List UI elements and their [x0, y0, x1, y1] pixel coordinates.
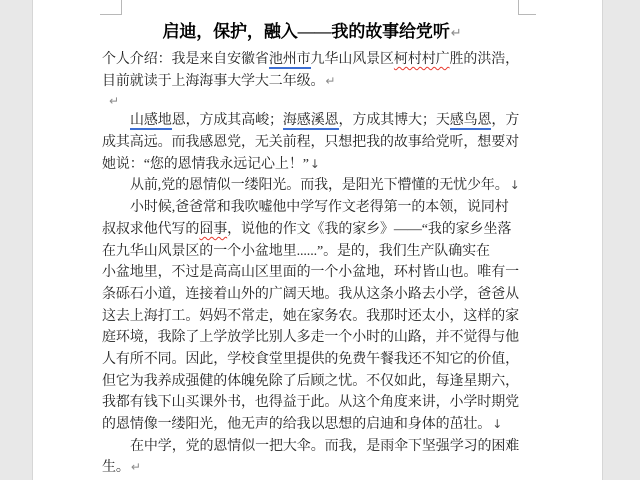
text-line[interactable]: 成其高远。而我感恩党，无关前程，只想把我的故事给党听，想要对	[102, 132, 522, 154]
text-area[interactable]: 启迪，保护，融入——我的故事给党听↵ 个人介绍：我是来自安徽省池州市九华山风景区…	[102, 19, 522, 479]
grammar-flagged-text: 山感地	[130, 113, 172, 130]
text-segment: 目前就读于上海海事大学大二年级。	[102, 74, 324, 89]
text-line[interactable]: 但它为我养成强健的体魄免除了后顾之忧。不仅如此，每逢星期六，	[102, 371, 522, 393]
text-line[interactable]: 人有所不同。因此，学校食堂里提供的免费午餐我还不知它的价值，	[102, 349, 522, 371]
text-line[interactable]: 庭环境，我除了上学放学比别人多走一个小时的山路，并不觉得与他	[102, 327, 522, 349]
text-segment: 的恩情像一缕阳光，他无声的给我以思想的启迪和身体的茁壮。	[102, 417, 491, 432]
grammar-flagged-text: 海感溪恩	[283, 113, 339, 130]
text-segment: 但它为我养成强健的体魄免除了后顾之忧。不仅如此，每逢星期六，	[102, 374, 519, 389]
text-segment: 叔叔求他代写的	[102, 222, 199, 237]
text-line[interactable]: 小时候,爸爸常和我吹嘘他中学写作文老得第一的本领，说同村	[102, 197, 522, 219]
text-boundary-crop-mark-right	[518, 0, 536, 15]
text-line[interactable]: 我都有钱下山买课外书，也得益于此。从这个角度来讲，小学时期党	[102, 392, 522, 414]
grammar-flagged-text: 感鸟恩	[450, 113, 492, 130]
title-text: 启迪，保护，融入——我的故事给党听	[162, 22, 449, 41]
text-line[interactable]: 目前就读于上海海事大学大二年级。↵	[102, 71, 522, 93]
line-break-mark-icon: ↓	[491, 417, 502, 431]
text-line[interactable]: 山感地恩，方成其高峻；海感溪恩，方成其博大；天感鸟恩，方	[102, 110, 522, 132]
text-line[interactable]: 叔叔求他代写的囧事，说他的作文《我的家乡》——“我的家乡坐落	[102, 219, 522, 241]
text-segment: 九华山风景区	[311, 52, 394, 67]
line-break-mark-icon: ↓	[309, 157, 320, 171]
text-segment: ，方成其博大；天	[339, 113, 450, 128]
text-segment: 从前,党的恩情似一缕阳光。而我，是阳光下懵懂的无忧少年。	[130, 178, 509, 193]
paragraph-mark-icon: ↵	[324, 74, 335, 88]
text-line[interactable]: 生。↵	[102, 457, 522, 479]
text-segment: 成其高远。而我感恩党，无关前程，只想把我的故事给党听，想要对	[102, 135, 519, 150]
text-line[interactable]: 从前,党的恩情似一缕阳光。而我，是阳光下懵懂的无忧少年。↓	[102, 175, 522, 197]
text-segment: 庭环境，我除了上学放学比别人多走一个小时的山路，并不觉得与他	[102, 330, 519, 345]
text-line[interactable]: 个人介绍：我是来自安徽省池州市九华山风景区柯村村广胜的洪浩，	[102, 49, 522, 71]
word-canvas: 启迪，保护，融入——我的故事给党听↵ 个人介绍：我是来自安徽省池州市九华山风景区…	[0, 0, 640, 480]
text-segment: 她说：“您的恩情我永远记心上！”	[102, 157, 309, 172]
text-segment: 这去上海打工。妈妈不常走，她在家务农。我那时还太小，这样的家	[102, 309, 519, 324]
text-segment: 小时候,爸爸常和我吹嘘他中学写作文老得第一的本领，说同村	[130, 200, 509, 215]
text-line[interactable]: 这去上海打工。妈妈不常走，她在家务农。我那时还太小，这样的家	[102, 306, 522, 328]
text-segment: 恩，方成其高峻；	[172, 113, 283, 128]
text-line[interactable]: 在中学，党的恩情似一把大伞。而我，是雨伞下坚强学习的困难	[102, 436, 522, 458]
text-line[interactable]: 的恩情像一缕阳光，他无声的给我以思想的启迪和身体的茁壮。↓	[102, 414, 522, 436]
document-title[interactable]: 启迪，保护，融入——我的故事给党听↵	[102, 19, 522, 45]
text-segment: 我都有钱下山买课外书，也得益于此。从这个角度来讲，小学时期党	[102, 395, 519, 410]
text-segment: 胜的洪浩，	[450, 52, 520, 67]
text-segment: 生。	[102, 460, 130, 475]
text-segment: 条砾石小道，连接着山外的广阔天地。我从这条小路去小学，爸爸从	[102, 287, 519, 302]
spellcheck-flagged-text: 柯村村广	[394, 52, 450, 67]
paragraph-mark-icon: ↵	[108, 94, 119, 108]
empty-line[interactable]: ↵	[102, 92, 522, 110]
text-segment: 个人介绍：我是来自安徽省	[102, 52, 269, 67]
text-segment: ，说他的作文《我的家乡》——“我的家乡坐落	[227, 222, 511, 237]
text-segment: 小盆地里，不过是高高山区里面的一个小盆地，环村皆山也。唯有一	[102, 265, 519, 280]
text-line[interactable]: 在九华山风景区的一个小盆地里......”。是的，我们生产队确实在	[102, 241, 522, 263]
spellcheck-flagged-text: 囧事	[199, 222, 227, 237]
text-line[interactable]: 她说：“您的恩情我永远记心上！”↓	[102, 154, 522, 176]
text-segment: 在中学，党的恩情似一把大伞。而我，是雨伞下坚强学习的困难	[130, 439, 519, 454]
text-line[interactable]: 条砾石小道，连接着山外的广阔天地。我从这条小路去小学，爸爸从	[102, 284, 522, 306]
text-boundary-crop-mark-left	[100, 0, 122, 15]
text-segment: 人有所不同。因此，学校食堂里提供的免费午餐我还不知它的价值，	[102, 352, 519, 367]
document-page[interactable]: 启迪，保护，融入——我的故事给党听↵ 个人介绍：我是来自安徽省池州市九华山风景区…	[32, 0, 603, 480]
text-segment: ，方	[491, 113, 519, 128]
text-line[interactable]: 小盆地里，不过是高高山区里面的一个小盆地，环村皆山也。唯有一	[102, 262, 522, 284]
line-break-mark-icon: ↓	[509, 178, 520, 192]
paragraph-mark-icon: ↵	[450, 26, 462, 41]
paragraph-mark-icon: ↵	[130, 460, 141, 474]
grammar-flagged-text: 池州市	[269, 52, 311, 69]
text-segment: 在九华山风景区的一个小盆地里......”。是的，我们生产队确实在	[102, 244, 490, 259]
